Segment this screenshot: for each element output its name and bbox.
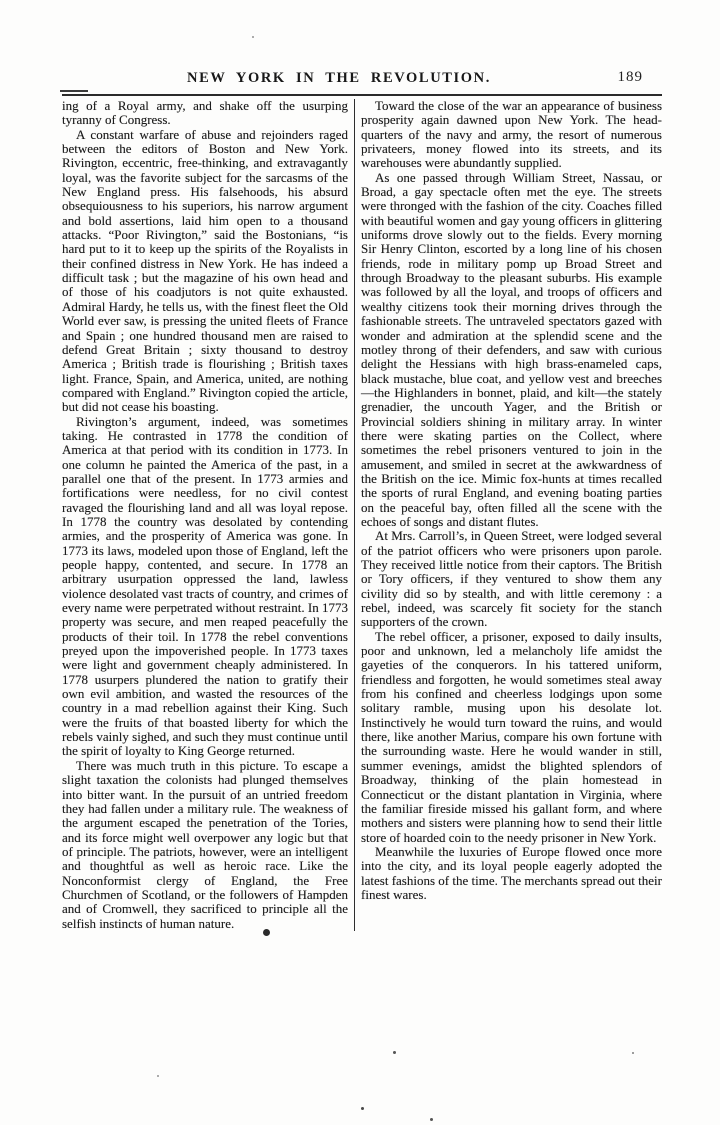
paragraph: Rivington’s argument, indeed, was someti… — [62, 415, 348, 759]
column-divider-rule — [354, 99, 355, 931]
left-column: ing of a Royal army, and shake off the u… — [62, 99, 348, 931]
paragraph: The rebel officer, a prisoner, exposed t… — [361, 630, 662, 845]
text-columns: ing of a Royal army, and shake off the u… — [62, 99, 662, 931]
paragraph: As one passed through William Street, Na… — [361, 171, 662, 530]
ink-speck — [430, 1118, 433, 1121]
ink-blot — [263, 929, 270, 936]
paragraph: Toward the close of the war an appearanc… — [361, 99, 662, 171]
page: NEW YORK IN THE REVOLUTION. 189 ing of a… — [0, 0, 720, 1125]
page-number: 189 — [618, 69, 644, 86]
ink-speck — [252, 36, 254, 38]
paragraph: A constant warfare of abuse and rejoinde… — [62, 128, 348, 415]
paragraph: At Mrs. Carroll’s, in Queen Street, were… — [361, 529, 662, 629]
paragraph: There was much truth in this picture. To… — [62, 759, 348, 931]
ink-speck — [393, 1051, 396, 1054]
running-head: NEW YORK IN THE REVOLUTION. 189 — [62, 70, 662, 90]
ink-speck — [632, 1052, 634, 1054]
right-column: Toward the close of the war an appearanc… — [361, 99, 662, 931]
ink-speck — [361, 1107, 364, 1110]
ink-speck — [157, 1075, 159, 1077]
running-head-title: NEW YORK IN THE REVOLUTION. — [62, 70, 616, 87]
paragraph: Meanwhile the luxuries of Europe flowed … — [361, 845, 662, 902]
header-rule — [62, 94, 662, 96]
paragraph: ing of a Royal army, and shake off the u… — [62, 99, 348, 128]
